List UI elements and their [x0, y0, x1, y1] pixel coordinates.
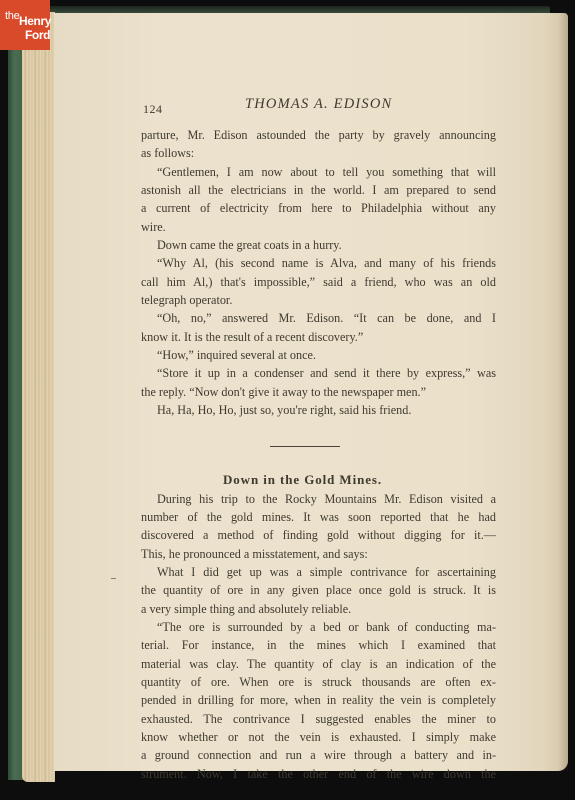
- henry-ford-logo: the Henry Ford: [0, 0, 50, 50]
- text-line: call him Al,) that's impossible,” said a…: [141, 273, 496, 291]
- text-line: “Store it up in a condenser and send it …: [141, 364, 496, 382]
- text-line: a current of electricity from here to Ph…: [141, 199, 496, 217]
- text-line: parture, Mr. Edison astounded the party …: [141, 126, 496, 144]
- text-line: “The ore is surrounded by a bed or bank …: [141, 618, 496, 636]
- section-heading: Down in the Gold Mines.: [125, 470, 480, 490]
- logo-text-ford: Ford: [25, 29, 50, 41]
- text-line: astonish all the electricians in the wor…: [141, 181, 496, 199]
- running-head: 124 THOMAS A. EDISON: [141, 96, 496, 116]
- text-line: the quantity of ore in any given place o…: [141, 581, 496, 599]
- text-line: During his trip to the Rocky Mountains M…: [141, 490, 496, 508]
- text-line: terial. For instance, in the mines which…: [141, 636, 496, 654]
- text-line: a very simple thing and absolutely relia…: [141, 600, 496, 618]
- page-gutter-shadow: [558, 13, 568, 771]
- page-stack-edge: [22, 12, 55, 782]
- text-line: “Oh, no,” answered Mr. Edison. “It can b…: [141, 309, 496, 327]
- text-line: quantity of ore. When ore is struck thou…: [141, 673, 496, 691]
- page-text-block: 124 THOMAS A. EDISON parture, Mr. Edison…: [141, 96, 496, 783]
- paragraphs-part2: During his trip to the Rocky Mountains M…: [141, 490, 496, 784]
- text-line: exhausted. The contrivance I suggested e…: [141, 710, 496, 728]
- text-line: pended in drilling for more, when in rea…: [141, 691, 496, 709]
- text-line: know whether or not the vein is exhauste…: [141, 728, 496, 746]
- logo-text-the: the: [5, 11, 19, 22]
- running-title: THOMAS A. EDISON: [245, 96, 392, 113]
- text-line: What I did get up was a simple contrivan…: [141, 563, 496, 581]
- text-line: “Why Al, (his second name is Alva, and m…: [141, 254, 496, 272]
- text-line: “How,” inquired several at once.: [141, 346, 496, 364]
- text-line: number of the gold mines. It was soon re…: [141, 508, 496, 526]
- text-line: This, he pronounced a misstatement, and …: [141, 545, 496, 563]
- text-line: as follows:: [141, 144, 496, 162]
- text-line: material was clay. The quantity of clay …: [141, 655, 496, 673]
- paragraphs-part1: parture, Mr. Edison astounded the party …: [141, 126, 496, 420]
- text-line: telegraph operator.: [141, 291, 496, 309]
- text-line: strument. Now, I take the other end of t…: [141, 765, 496, 783]
- text-line: wire.: [141, 218, 496, 236]
- page-number: 124: [143, 102, 163, 117]
- section-divider: [270, 446, 340, 447]
- text-line: “Gentlemen, I am now about to tell you s…: [141, 163, 496, 181]
- text-line: Down came the great coats in a hurry.: [141, 236, 496, 254]
- text-line: know it. It is the result of a recent di…: [141, 328, 496, 346]
- text-line: Ha, Ha, Ho, Ho, just so, you're right, s…: [141, 401, 496, 419]
- margin-mark: [111, 578, 116, 579]
- logo-text-henry: Henry: [19, 15, 51, 27]
- text-line: a ground connection and run a wire throu…: [141, 746, 496, 764]
- text-line: discovered a method of finding gold with…: [141, 526, 496, 544]
- text-line: the reply. “Now don't give it away to th…: [141, 383, 496, 401]
- book-scan: the Henry Ford 124 THOMAS A. EDISON part…: [0, 0, 575, 800]
